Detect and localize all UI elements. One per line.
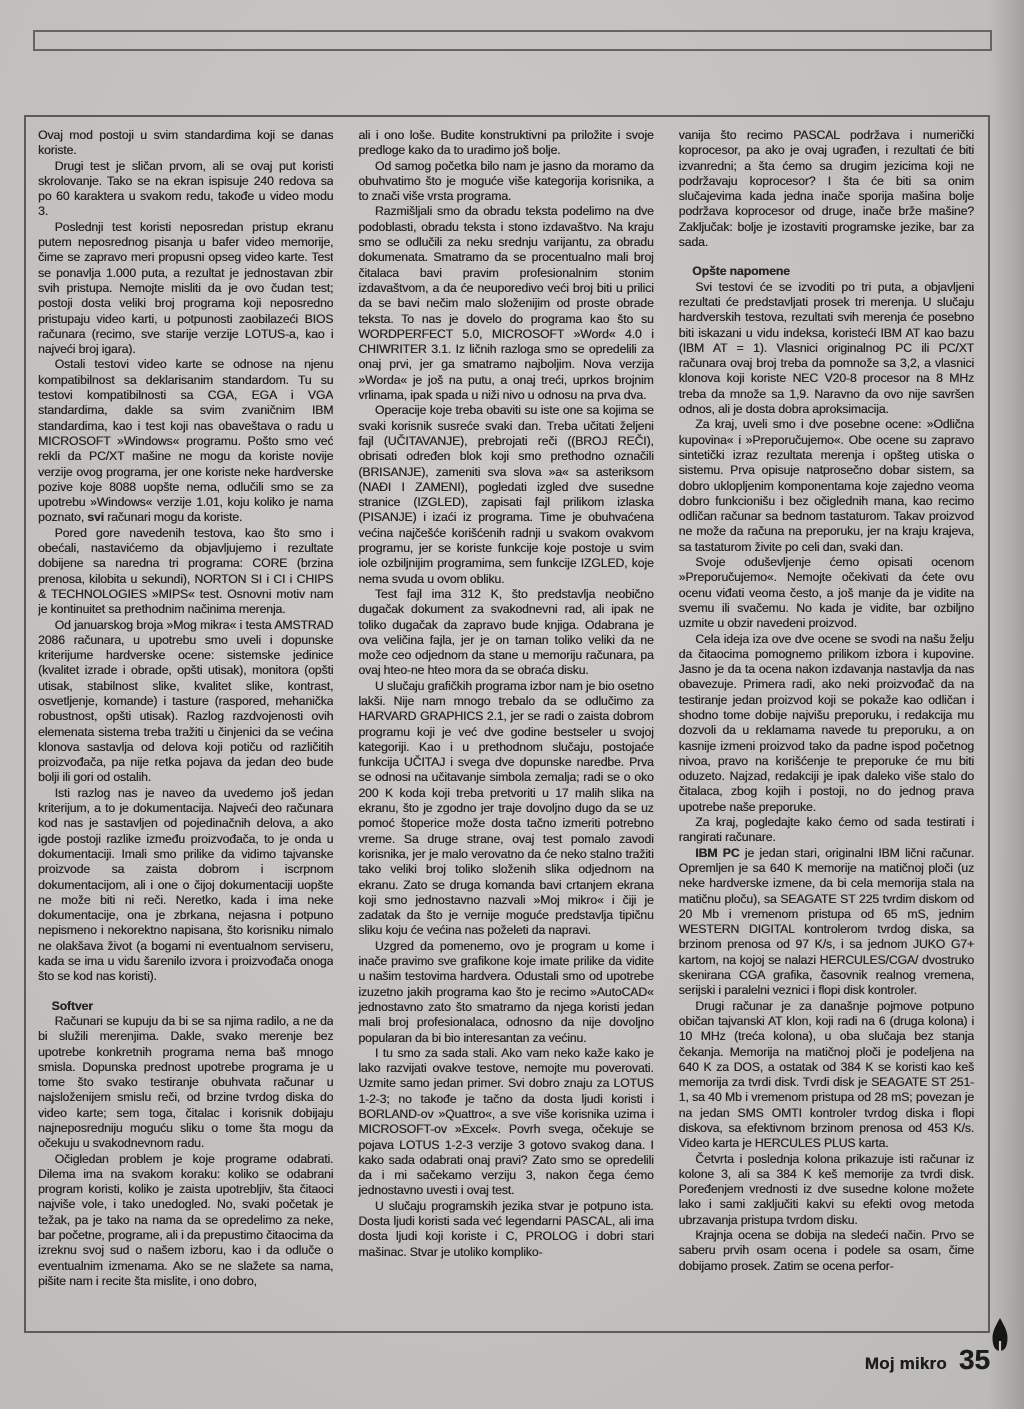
- magazine-title: Moj mikro: [865, 1354, 947, 1374]
- paragraph: U slučaju grafičkih programa izbor nam j…: [358, 679, 653, 939]
- paragraph: Razmišljali smo da obradu teksta podelim…: [358, 204, 653, 403]
- paragraph: Svi testovi će se izvoditi po tri puta, …: [679, 280, 974, 418]
- paragraph: Operacije koje treba obaviti su iste one…: [358, 403, 653, 587]
- column-1: Ovaj mod postoji u svim standardima koji…: [38, 128, 333, 1331]
- paragraph: Poslednji test koristi neposredan pristu…: [38, 220, 333, 358]
- paragraph: Od januarskog broja »Mog mikra« i testa …: [38, 618, 333, 786]
- continuation-arrow-icon: [992, 1318, 1008, 1352]
- paragraph: ali i ono loše. Budite konstruktivni pa …: [358, 128, 653, 159]
- paragraph: Cela ideja iza ove dve ocene se svodi na…: [679, 632, 974, 816]
- paragraph: Ostali testovi video karte se odnose na …: [38, 357, 333, 525]
- paragraph: IBM PC je jedan stari, originalni IBM li…: [679, 846, 974, 999]
- paragraph: Za kraj, uveli smo i dve posebne ocene: …: [679, 417, 974, 555]
- paragraph: I tu smo za sada stali. Ako vam neko kaž…: [358, 1046, 653, 1199]
- column-2: ali i ono loše. Budite konstruktivni pa …: [358, 128, 653, 1331]
- column-3: vanija što recimo PASCAL podržava i nume…: [679, 128, 974, 1331]
- paragraph: Ovaj mod postoji u svim standardima koji…: [38, 128, 333, 159]
- page-footer: Moj mikro 35: [865, 1344, 990, 1376]
- paragraph: Za kraj, pogledajte kako ćemo od sada te…: [679, 815, 974, 846]
- paragraph: Računari se kupuju da bi se sa njima rad…: [38, 1014, 333, 1152]
- paragraph: Isti razlog nas je naveo da uvedemo još …: [38, 786, 333, 985]
- article-frame: Ovaj mod postoji u svim standardima koji…: [24, 115, 990, 1333]
- paragraph: Od samog početka bilo nam je jasno da mo…: [358, 159, 653, 205]
- paragraph: Uzgred da pomenemo, ovo je program u kom…: [358, 939, 653, 1046]
- paragraph: Drugi test je sličan prvom, ali se ovaj …: [38, 159, 333, 220]
- paragraph: Pored gore navedenih testova, kao što sm…: [38, 526, 333, 618]
- paragraph: U slučaju programskih jezika stvar je po…: [358, 1199, 653, 1260]
- top-empty-frame: [33, 30, 992, 51]
- paragraph: Očigledan problem je koje programe odabr…: [38, 1152, 333, 1290]
- paragraph: vanija što recimo PASCAL podržava i nume…: [679, 128, 974, 250]
- section-heading: Opšte napomene: [679, 264, 974, 279]
- article-columns: Ovaj mod postoji u svim standardima koji…: [38, 128, 974, 1331]
- paragraph: Svoje oduševljenje ćemo opisati ocenom »…: [679, 555, 974, 631]
- paragraph: Drugi računar je za današnje pojmove pot…: [679, 999, 974, 1152]
- magazine-page: Ovaj mod postoji u svim standardima koji…: [0, 0, 1024, 1409]
- paragraph: Test fajl ima 312 K, što predstavlja neo…: [358, 587, 653, 679]
- paragraph: Četvrta i poslednja kolona prikazuje ist…: [679, 1152, 974, 1228]
- paragraph: Krajnja ocena se dobija na sledeći način…: [679, 1228, 974, 1274]
- page-number: 35: [959, 1344, 990, 1376]
- section-heading: Softver: [38, 999, 333, 1014]
